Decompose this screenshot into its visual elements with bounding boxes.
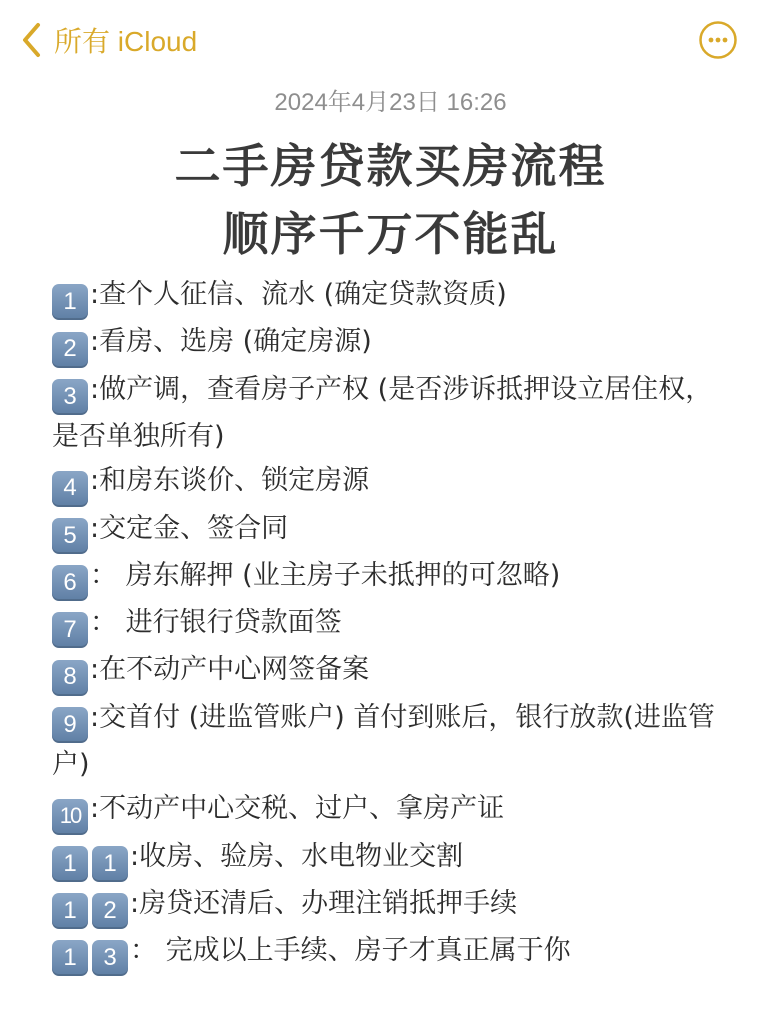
step-item: 13： 完成以上手续、房子才真正属于你	[52, 929, 732, 976]
keycap-icon: 1	[52, 940, 88, 976]
ellipsis-circle-icon[interactable]	[698, 20, 738, 60]
keycap-icon: 4	[52, 471, 88, 507]
step-item: 4:和房东谈价、锁定房源	[52, 459, 732, 506]
keycap-icon: 3	[52, 379, 88, 415]
note-title-line1: 二手房贷款买房流程	[0, 130, 781, 196]
step-text: :交首付 (进监管账户) 首付到账后，银行放款(进监管户)	[52, 702, 715, 780]
step-text: :房贷还清后、办理注销抵押手续	[130, 888, 517, 919]
keycap-number-icon: 6	[52, 565, 88, 601]
step-item: 1:查个人征信、流水 (确定贷款资质)	[52, 273, 732, 320]
step-item: 3:做产调，查看房子产权 (是否涉诉抵押设立居住权，是否单独所有)	[52, 368, 732, 460]
keycap-number-icon: 10	[52, 799, 88, 835]
back-button[interactable]: 所有 iCloud	[20, 20, 197, 60]
step-text: :在不动产中心网签备案	[90, 654, 369, 685]
keycap-number-icon: 4	[52, 471, 88, 507]
step-text: ： 房东解押 (业主房子未抵押的可忽略)	[90, 560, 560, 591]
navigation-bar: 所有 iCloud	[0, 0, 781, 84]
keycap-number-icon: 7	[52, 612, 88, 648]
step-item: 8:在不动产中心网签备案	[52, 648, 732, 695]
step-text: :收房、验房、水电物业交割	[130, 841, 463, 872]
keycap-icon: 2	[52, 332, 88, 368]
keycap-number-icon: 1	[52, 284, 88, 320]
step-item: 2:看房、选房 (确定房源)	[52, 320, 732, 367]
step-item: 7： 进行银行贷款面签	[52, 601, 732, 648]
keycap-icon: 1	[52, 846, 88, 882]
step-text: ： 完成以上手续、房子才真正属于你	[130, 935, 571, 966]
keycap-number-icon: 8	[52, 660, 88, 696]
keycap-number-icon: 2	[52, 332, 88, 368]
keycap-icon: 7	[52, 612, 88, 648]
steps-list[interactable]: 1:查个人征信、流水 (确定贷款资质)2:看房、选房 (确定房源)3:做产调，查…	[52, 273, 732, 976]
keycap-icon: 5	[52, 518, 88, 554]
keycap-icon: 6	[52, 565, 88, 601]
keycap-icon: 9	[52, 707, 88, 743]
keycap-number-icon: 5	[52, 518, 88, 554]
keycap-icon: 1	[52, 284, 88, 320]
keycap-number-icon: 13	[52, 940, 128, 976]
step-text: :交定金、签合同	[90, 513, 288, 544]
keycap-icon: 1	[52, 893, 88, 929]
keycap-number-icon: 9	[52, 707, 88, 743]
keycap-icon: 8	[52, 660, 88, 696]
step-text: ： 进行银行贷款面签	[90, 607, 342, 638]
step-item: 12:房贷还清后、办理注销抵押手续	[52, 882, 732, 929]
keycap-icon: 1	[92, 846, 128, 882]
step-text: :不动产中心交税、过户、拿房产证	[90, 793, 504, 824]
step-item: 11:收房、验房、水电物业交割	[52, 835, 732, 882]
keycap-icon: 10	[52, 799, 88, 835]
step-text: :看房、选房 (确定房源)	[90, 326, 372, 357]
keycap-number-icon: 3	[52, 379, 88, 415]
note-title-line2: 顺序千万不能乱	[0, 198, 781, 264]
keycap-number-icon: 11	[52, 846, 128, 882]
chevron-left-icon	[20, 21, 42, 59]
keycap-icon: 2	[92, 893, 128, 929]
keycap-icon: 3	[92, 940, 128, 976]
back-label: 所有 iCloud	[54, 20, 197, 60]
step-item: 10:不动产中心交税、过户、拿房产证	[52, 787, 732, 834]
step-text: :和房东谈价、锁定房源	[90, 465, 369, 496]
step-item: 5:交定金、签合同	[52, 507, 732, 554]
step-item: 6： 房东解押 (业主房子未抵押的可忽略)	[52, 554, 732, 601]
step-text: :做产调，查看房子产权 (是否涉诉抵押设立居住权，是否单独所有)	[52, 374, 712, 452]
note-date: 2024年4月23日 16:26	[0, 82, 781, 117]
keycap-number-icon: 12	[52, 893, 128, 929]
step-item: 9:交首付 (进监管账户) 首付到账后，银行放款(进监管户)	[52, 696, 732, 788]
step-text: :查个人征信、流水 (确定贷款资质)	[90, 279, 507, 310]
